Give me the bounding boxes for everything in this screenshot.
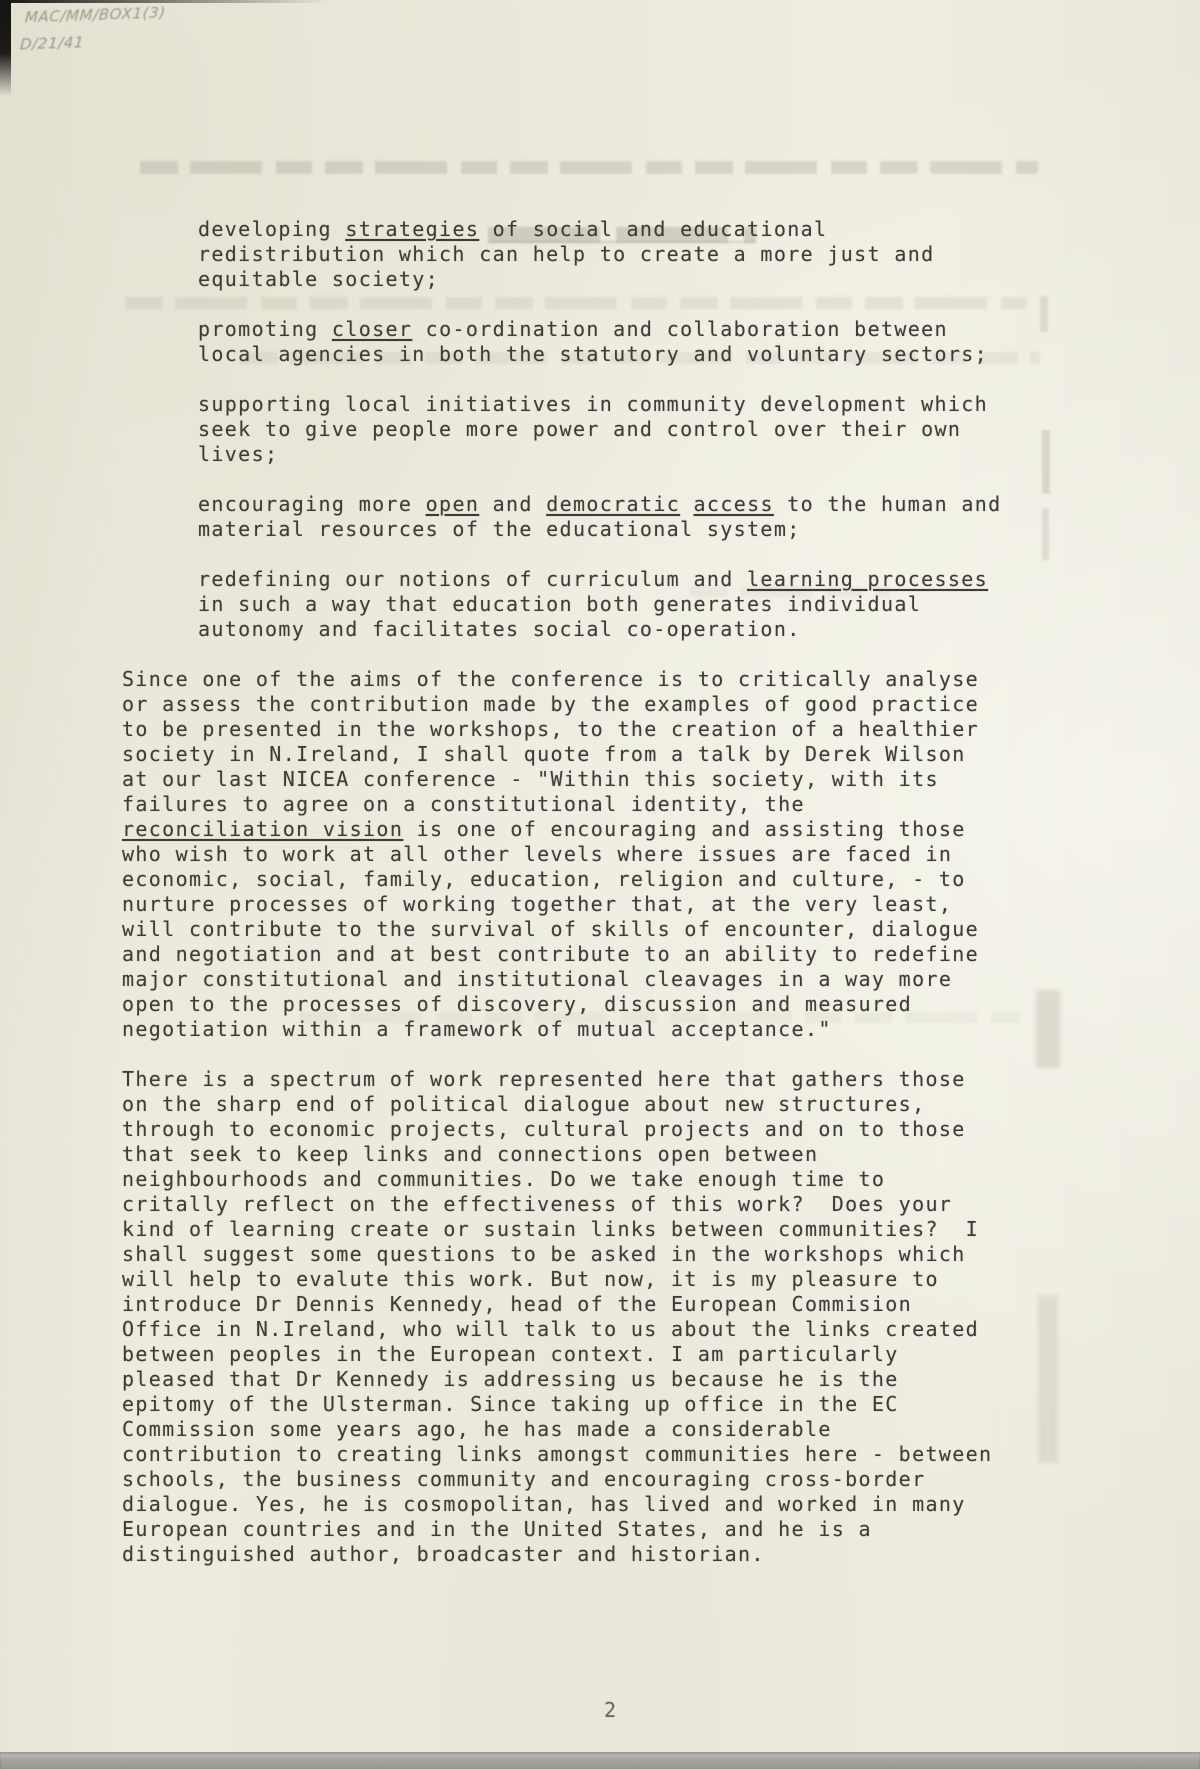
text-line: shall suggest some questions to be asked… <box>122 1242 1042 1267</box>
text-line: nurture processes of working together th… <box>122 892 1042 917</box>
text-segment: major constitutional and institutional c… <box>122 967 952 991</box>
text-segment: on the sharp end of political dialogue a… <box>122 1092 925 1116</box>
text-segment: through to economic projects, cultural p… <box>122 1117 966 1141</box>
text-segment: Commission some years ago, he has made a… <box>122 1417 832 1441</box>
text-line: or assess the contribution made by the e… <box>122 692 1042 717</box>
text-segment: introduce Dr Dennis Kennedy, head of the… <box>122 1292 912 1316</box>
text-line: promoting closer co-ordination and colla… <box>198 317 1042 342</box>
text-segment: equitable society; <box>198 267 439 291</box>
bleedthrough-heading-line <box>140 161 1038 174</box>
text-segment: lives; <box>198 442 278 466</box>
text-segment: promoting <box>198 317 332 341</box>
text-line: Since one of the aims of the conference … <box>122 667 1042 692</box>
text-line: major constitutional and institutional c… <box>122 967 1042 992</box>
text-line: There is a spectrum of work represented … <box>122 1067 1042 1092</box>
handwritten-date-reference: D/21/41 <box>19 31 164 54</box>
text-line: will help to evalute this work. But now,… <box>122 1267 1042 1292</box>
bleedthrough-margin-mark <box>1042 430 1050 494</box>
text-line: economic, social, family, education, rel… <box>122 867 1042 892</box>
text-segment: pleased that Dr Kennedy is addressing us… <box>122 1367 899 1391</box>
scan-edge-artifact-bottom <box>0 1752 1200 1769</box>
text-segment: schools, the business community and enco… <box>122 1467 925 1491</box>
underlined-text-segment: reconciliation vision <box>122 817 403 841</box>
text-line: autonomy and facilitates social co-opera… <box>198 617 1042 642</box>
text-segment: or assess the contribution made by the e… <box>122 692 979 716</box>
text-segment: that seek to keep links and connections … <box>122 1142 818 1166</box>
text-line: in such a way that education both genera… <box>198 592 1042 617</box>
text-segment: is one of encouraging and assisting thos… <box>403 817 965 841</box>
text-line: who wish to work at all other levels whe… <box>122 842 1042 867</box>
text-line: at our last NICEA conference - "Within t… <box>122 767 1042 792</box>
text-line: reconciliation vision is one of encourag… <box>122 817 1042 842</box>
text-line: epitomy of the Ulsterman. Since taking u… <box>122 1392 1042 1417</box>
text-segment: in such a way that education both genera… <box>198 592 921 616</box>
text-line: open to the processes of discovery, disc… <box>122 992 1042 1017</box>
text-segment: to be presented in the workshops, to the… <box>122 717 979 741</box>
paragraph: encouraging more open and democratic acc… <box>122 492 1042 542</box>
text-line: seek to give people more power and contr… <box>198 417 1042 442</box>
text-segment: redistribution which can help to create … <box>198 242 935 266</box>
text-segment: critally reflect on the effectiveness of… <box>122 1192 952 1216</box>
text-line: supporting local initiatives in communit… <box>198 392 1042 417</box>
paragraph: supporting local initiatives in communit… <box>122 392 1042 467</box>
text-segment: society in N.Ireland, I shall quote from… <box>122 742 966 766</box>
text-line: between peoples in the European context.… <box>122 1342 1042 1367</box>
underlined-text-segment: learning processes <box>747 567 988 591</box>
paragraph: redefining our notions of curriculum and… <box>122 567 1042 642</box>
text-line: European countries and in the United Sta… <box>122 1517 1042 1542</box>
text-segment: between peoples in the European context.… <box>122 1342 899 1366</box>
paragraph: Since one of the aims of the conference … <box>122 667 1042 1042</box>
text-line: through to economic projects, cultural p… <box>122 1117 1042 1142</box>
text-line: and negotiation and at best contribute t… <box>122 942 1042 967</box>
underlined-text-segment: open <box>426 492 480 516</box>
paragraph: promoting closer co-ordination and colla… <box>122 317 1042 367</box>
text-segment: European countries and in the United Sta… <box>122 1517 872 1541</box>
text-segment: failures to agree on a constitutional id… <box>122 792 805 816</box>
text-line: lives; <box>198 442 1042 467</box>
text-line: local agencies in both the statutory and… <box>198 342 1042 367</box>
text-line: neighbourhoods and communities. Do we ta… <box>122 1167 1042 1192</box>
text-line: critally reflect on the effectiveness of… <box>122 1192 1042 1217</box>
text-segment: There is a spectrum of work represented … <box>122 1067 966 1091</box>
text-segment: distinguished author, broadcaster and hi… <box>122 1542 765 1566</box>
handwritten-archive-reference: MAC/MM/BOX1(3) <box>24 3 166 26</box>
text-segment <box>680 492 693 516</box>
text-line: Office in N.Ireland, who will talk to us… <box>122 1317 1042 1342</box>
text-segment: material resources of the educational sy… <box>198 517 801 541</box>
text-line: failures to agree on a constitutional id… <box>122 792 1042 817</box>
text-segment: shall suggest some questions to be asked… <box>122 1242 966 1266</box>
handwritten-annotation: MAC/MM/BOX1(3) D/21/41 <box>22 3 166 53</box>
text-segment: kind of learning create or sustain links… <box>122 1217 979 1241</box>
text-segment: Since one of the aims of the conference … <box>122 667 979 691</box>
text-segment: and negotiation and at best contribute t… <box>122 942 979 966</box>
text-line: Commission some years ago, he has made a… <box>122 1417 1042 1442</box>
text-segment: economic, social, family, education, rel… <box>122 867 966 891</box>
text-segment: to the human and <box>774 492 1002 516</box>
page-number: 2 <box>604 1698 617 1722</box>
text-segment: of social and educational <box>479 217 827 241</box>
text-segment: supporting local initiatives in communit… <box>198 392 988 416</box>
underlined-text-segment: access <box>694 492 774 516</box>
typewritten-text: developing strategies of social and educ… <box>122 217 1042 1592</box>
text-line: will contribute to the survival of skill… <box>122 917 1042 942</box>
scan-edge-artifact-left <box>0 0 11 96</box>
text-segment: co-ordination and collaboration between <box>412 317 948 341</box>
text-segment: contribution to creating links amongst c… <box>122 1442 992 1466</box>
text-segment: autonomy and facilitates social co-opera… <box>198 617 801 641</box>
text-line: to be presented in the workshops, to the… <box>122 717 1042 742</box>
underlined-text-segment: closer <box>332 317 412 341</box>
paragraph: developing strategies of social and educ… <box>122 217 1042 292</box>
text-line: dialogue. Yes, he is cosmopolitan, has l… <box>122 1492 1042 1517</box>
text-segment: epitomy of the Ulsterman. Since taking u… <box>122 1392 899 1416</box>
paragraph: There is a spectrum of work represented … <box>122 1067 1042 1567</box>
text-segment: developing <box>198 217 345 241</box>
text-segment: nurture processes of working together th… <box>122 892 952 916</box>
text-segment: neighbourhoods and communities. Do we ta… <box>122 1167 885 1191</box>
text-line: on the sharp end of political dialogue a… <box>122 1092 1042 1117</box>
text-segment: at our last NICEA conference - "Within t… <box>122 767 939 791</box>
text-line: equitable society; <box>198 267 1042 292</box>
text-line: society in N.Ireland, I shall quote from… <box>122 742 1042 767</box>
text-segment: Office in N.Ireland, who will talk to us… <box>122 1317 979 1341</box>
text-segment: redefining our notions of curriculum and <box>198 567 747 591</box>
text-line: material resources of the educational sy… <box>198 517 1042 542</box>
text-segment: open to the processes of discovery, disc… <box>122 992 912 1016</box>
text-segment: dialogue. Yes, he is cosmopolitan, has l… <box>122 1492 966 1516</box>
text-segment: local agencies in both the statutory and… <box>198 342 988 366</box>
text-line: developing strategies of social and educ… <box>198 217 1042 242</box>
underlined-text-segment: strategies <box>345 217 479 241</box>
text-line: introduce Dr Dennis Kennedy, head of the… <box>122 1292 1042 1317</box>
text-line: contribution to creating links amongst c… <box>122 1442 1042 1467</box>
text-segment: encouraging more <box>198 492 426 516</box>
text-line: negotiation within a framework of mutual… <box>122 1017 1042 1042</box>
scanned-document-page: MAC/MM/BOX1(3) D/21/41 developing strate… <box>0 0 1200 1769</box>
text-line: that seek to keep links and connections … <box>122 1142 1042 1167</box>
underlined-text-segment: democratic <box>546 492 680 516</box>
bleedthrough-margin-mark <box>1042 508 1049 560</box>
text-segment: will contribute to the survival of skill… <box>122 917 979 941</box>
text-line: kind of learning create or sustain links… <box>122 1217 1042 1242</box>
text-line: pleased that Dr Kennedy is addressing us… <box>122 1367 1042 1392</box>
text-segment: and <box>479 492 546 516</box>
text-line: distinguished author, broadcaster and hi… <box>122 1542 1042 1567</box>
text-segment: negotiation within a framework of mutual… <box>122 1017 832 1041</box>
text-segment: who wish to work at all other levels whe… <box>122 842 952 866</box>
text-line: redistribution which can help to create … <box>198 242 1042 267</box>
text-line: schools, the business community and enco… <box>122 1467 1042 1492</box>
text-line: encouraging more open and democratic acc… <box>198 492 1042 517</box>
text-segment: will help to evalute this work. But now,… <box>122 1267 939 1291</box>
text-segment: seek to give people more power and contr… <box>198 417 961 441</box>
text-line: redefining our notions of curriculum and… <box>198 567 1042 592</box>
